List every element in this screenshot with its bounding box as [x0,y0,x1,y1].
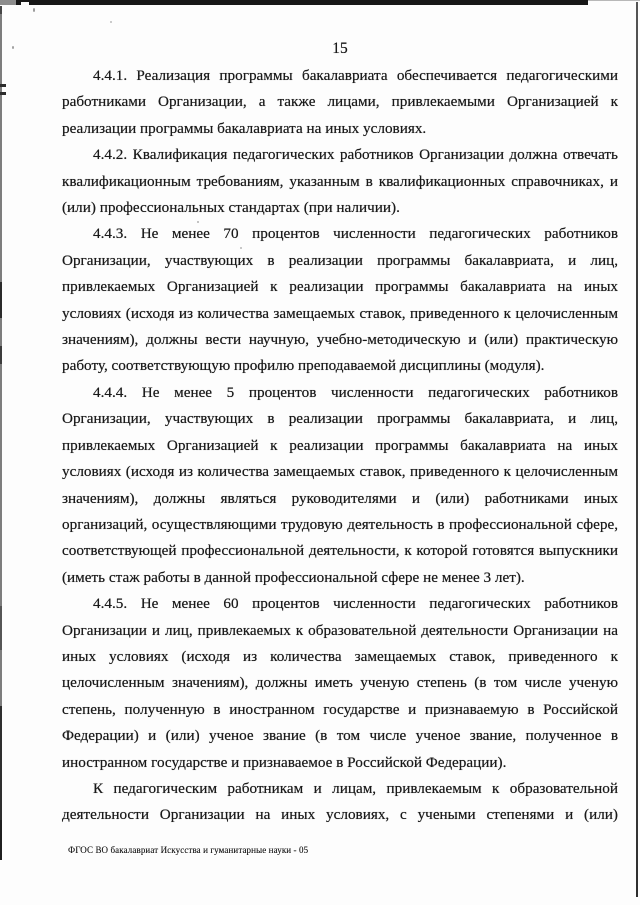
scan-left-edge-segment [0,282,2,318]
paragraph-4-4-5: 4.4.5. Не менее 60 процентов численности… [62,591,618,776]
scan-speckle [110,21,112,23]
footer-note: ФГОС ВО бакалавриат Искусства и гуманита… [68,845,308,855]
scan-top-edge-notch [21,2,29,5]
page-number: 15 [62,40,618,58]
scan-left-edge-tick [0,92,6,95]
scan-speckle [12,46,14,49]
paragraph-continuation: К педагогическим работникам и лицам, при… [62,776,618,829]
scan-left-edge-tick [0,84,6,87]
scan-speckle [33,8,35,12]
scanned-document-page: 15 4.4.1. Реализация программы бакалаври… [0,0,640,905]
scan-left-edge [0,6,2,860]
paragraph-4-4-2: 4.4.2. Квалификация педагогических работ… [62,142,618,221]
scan-top-edge [0,0,588,5]
document-body: 4.4.1. Реализация программы бакалавриата… [62,63,618,829]
paragraph-4-4-4: 4.4.4. Не менее 5 процентов численности … [62,380,618,591]
scan-right-edge [636,2,638,897]
scan-left-edge-segment [0,6,2,14]
paragraph-4-4-3: 4.4.3. Не менее 70 процентов численности… [62,221,618,379]
scan-left-edge-segment [0,706,2,820]
scan-top-edge-gray-cap [0,0,16,5]
scan-left-edge-segment [0,606,2,650]
paragraph-4-4-1: 4.4.1. Реализация программы бакалавриата… [62,63,618,142]
scan-top-thin-line [588,0,640,1]
scan-left-edge-segment [0,346,2,364]
scan-left-edge-segment [0,820,2,860]
